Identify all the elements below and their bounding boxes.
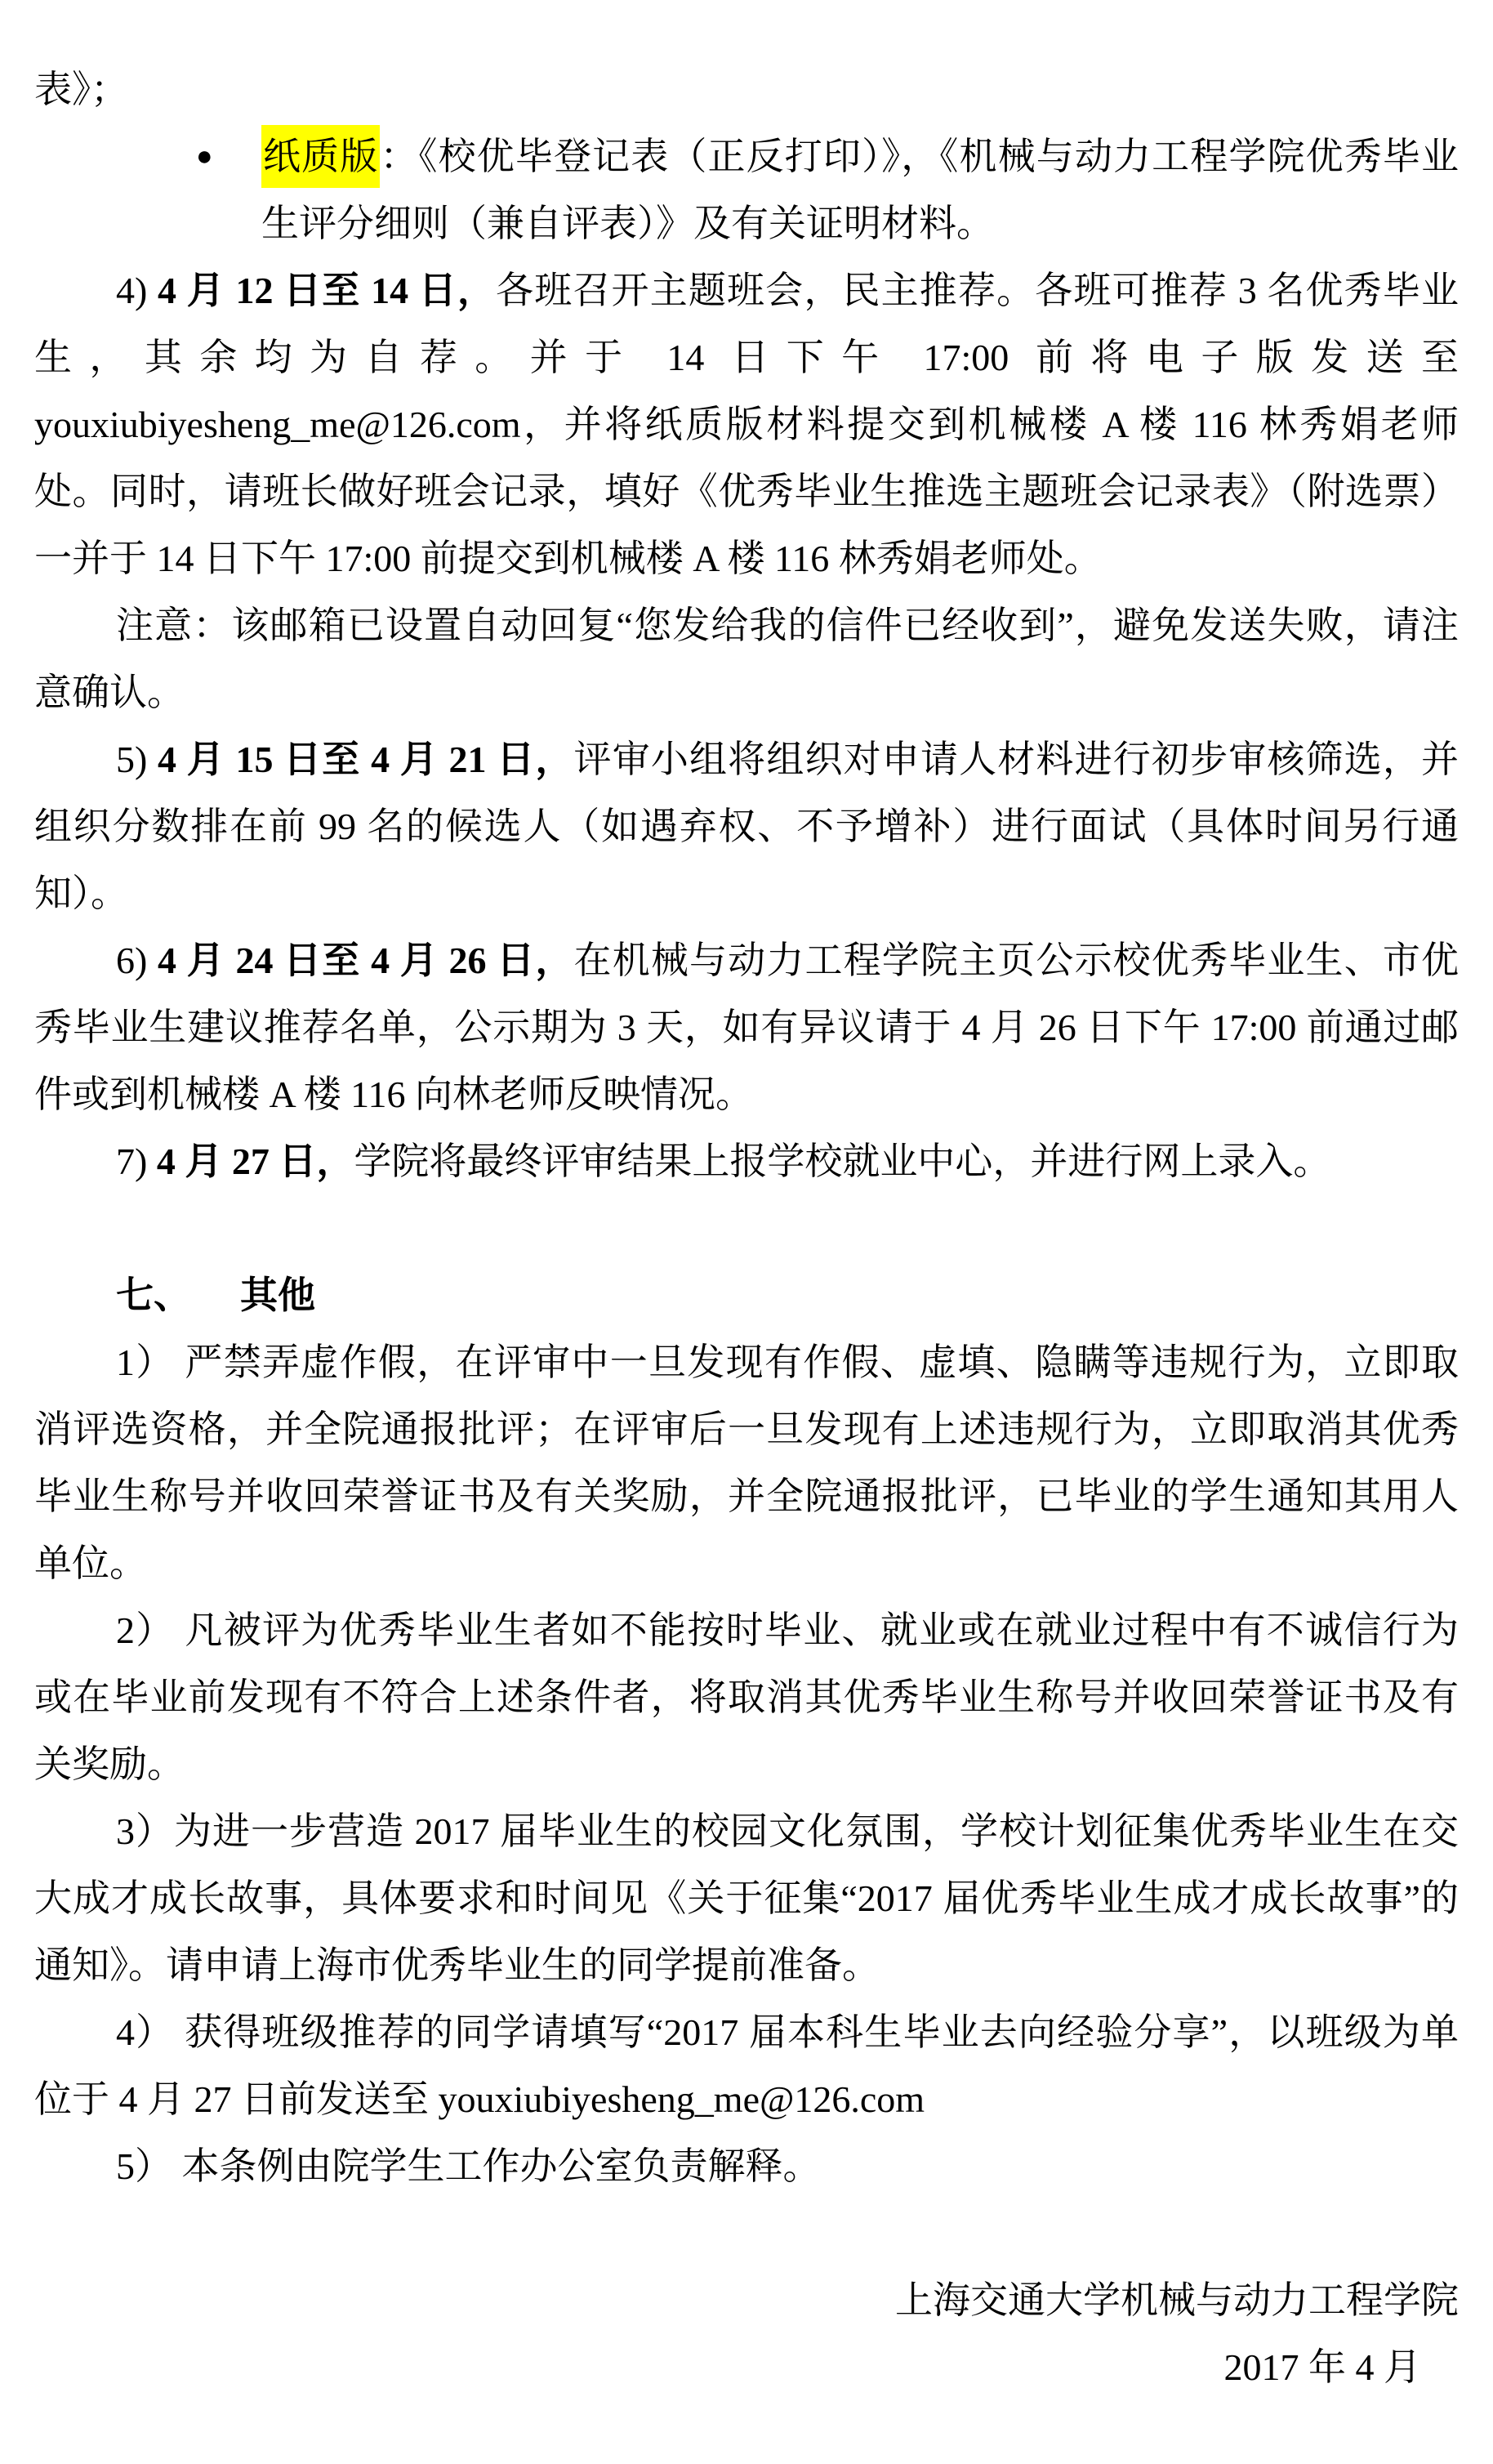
paragraph-step7: 7) 4 月 27 日，学院将最终评审结果上报学校就业中心，并进行网上录入。 xyxy=(34,1128,1459,1195)
step4-number: 4) xyxy=(116,270,158,311)
signature-text: 上海交通大学机械与动力工程学院 xyxy=(895,2279,1459,2321)
other-item-4-text: 4） 获得班级推荐的同学请填写“2017 届本科生毕业去向经验分享”，以班级为单… xyxy=(34,2011,1459,2120)
step7-text: 学院将最终评审结果上报学校就业中心，并进行网上录入。 xyxy=(354,1140,1330,1182)
highlighted-term: 纸质版 xyxy=(261,125,380,188)
other-item-1-text: 1） 严禁弄虚作假，在评审中一旦发现有作假、虚填、隐瞒等违规行为，立即取消评选资… xyxy=(34,1341,1459,1584)
bullet-item-paper-version: ●纸质版：《校优毕登记表（正反打印）》，《机械与动力工程学院优秀毕业生评分细则（… xyxy=(196,123,1459,257)
step4-text: 各班召开主题班会，民主推荐。各班可推荐 3 名优秀毕业生，其余均为自荐。并于 1… xyxy=(34,270,1459,579)
other-item-3: 3）为进一步营造 2017 届毕业生的校园文化氛围，学校计划征集优秀毕业生在交大… xyxy=(34,1798,1459,1999)
other-item-5: 5） 本条例由院学生工作办公室负责解释。 xyxy=(34,2133,1459,2200)
bullet-colon: ： xyxy=(380,136,418,177)
step4-date: 4 月 12 日至 14 日， xyxy=(158,270,496,311)
paragraph-step5: 5) 4 月 15 日至 4 月 21 日，评审小组将组织对申请人材料进行初步审… xyxy=(34,726,1459,927)
signature-line: 上海交通大学机械与动力工程学院 xyxy=(34,2267,1459,2334)
section-number: 七、 xyxy=(116,1274,191,1316)
section-heading-other: 七、其他 xyxy=(34,1262,1459,1329)
document-page: 表》； ●纸质版：《校优毕登记表（正反打印）》，《机械与动力工程学院优秀毕业生评… xyxy=(0,0,1493,2464)
bullet-icon: ● xyxy=(196,123,213,190)
other-item-2: 2） 凡被评为优秀毕业生者如不能按时毕业、就业或在就业过程中有不诚信行为或在毕业… xyxy=(34,1597,1459,1798)
date-text: 2017 年 4 月 xyxy=(1224,2346,1422,2388)
note-text: 注意：该邮箱已设置自动回复“您发给我的信件已经收到”，避免发送失败，请注意确认。 xyxy=(34,605,1459,713)
other-item-4: 4） 获得班级推荐的同学请填写“2017 届本科生毕业去向经验分享”，以班级为单… xyxy=(34,1999,1459,2133)
step6-number: 6) xyxy=(116,940,158,981)
continuation-text: 表》； xyxy=(34,69,128,110)
step7-number: 7) xyxy=(116,1140,157,1182)
step7-date: 4 月 27 日， xyxy=(157,1140,354,1182)
step5-date: 4 月 15 日至 4 月 21 日， xyxy=(158,739,574,780)
step5-number: 5) xyxy=(116,739,158,780)
other-item-5-text: 5） 本条例由院学生工作办公室负责解释。 xyxy=(116,2145,821,2187)
other-item-1: 1） 严禁弄虚作假，在评审中一旦发现有作假、虚填、隐瞒等违规行为，立即取消评选资… xyxy=(34,1329,1459,1597)
section-title: 其他 xyxy=(240,1274,315,1316)
paragraph-continuation: 表》； xyxy=(34,56,1459,123)
paragraph-note: 注意：该邮箱已设置自动回复“您发给我的信件已经收到”，避免发送失败，请注意确认。 xyxy=(34,592,1459,726)
paragraph-step4: 4) 4 月 12 日至 14 日，各班召开主题班会，民主推荐。各班可推荐 3 … xyxy=(34,257,1459,592)
step6-date: 4 月 24 日至 4 月 26 日， xyxy=(158,940,574,981)
date-line: 2017 年 4 月 xyxy=(34,2334,1459,2401)
other-item-3-text: 3）为进一步营造 2017 届毕业生的校园文化氛围，学校计划征集优秀毕业生在交大… xyxy=(34,1810,1459,1986)
other-item-2-text: 2） 凡被评为优秀毕业生者如不能按时毕业、就业或在就业过程中有不诚信行为或在毕业… xyxy=(34,1609,1459,1785)
paragraph-step6: 6) 4 月 24 日至 4 月 26 日，在机械与动力工程学院主页公示校优秀毕… xyxy=(34,927,1459,1128)
bullet-text: 《校优毕登记表（正反打印）》，《机械与动力工程学院优秀毕业生评分细则（兼自评表）… xyxy=(261,136,1459,244)
